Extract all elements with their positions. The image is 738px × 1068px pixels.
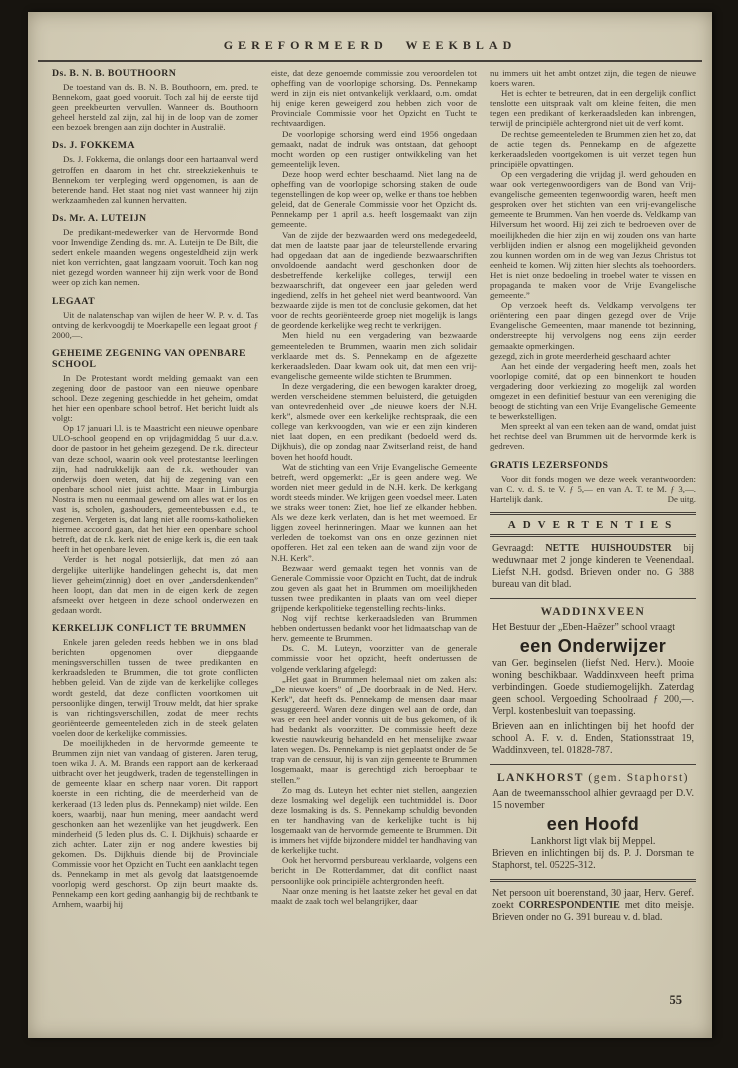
ad-text: Aan de tweemansschool alhier gevraagd pe… xyxy=(492,788,694,811)
ad-line: van Ger. beginselen (liefst Ned. Herv.).… xyxy=(492,658,694,718)
paragraph: Uit de nalatenschap van wijlen de heer W… xyxy=(52,310,258,340)
page-title: GEREFORMEERD WEEKBLAD xyxy=(28,12,712,53)
ad-line: een Onderwijzer xyxy=(492,640,694,652)
ad-line: Brieven aan en inlichtingen bij het hoof… xyxy=(492,721,694,757)
paragraph: Naar onze mening is het laatste zeker he… xyxy=(271,886,477,906)
paragraph: „Het gaat in Brummen helemaal niet om za… xyxy=(271,674,477,785)
section-heading: LEGAAT xyxy=(52,296,258,307)
paragraph: De moeilijkheden in de hervormde gemeent… xyxy=(52,738,258,910)
section-heading: Ds. Mr. A. LUTEIJN xyxy=(52,213,258,224)
ad-text: van Ger. beginselen (liefst Ned. Herv.).… xyxy=(492,658,694,717)
ad-emphasis-text: CORRESPONDENTIE xyxy=(519,900,620,911)
ad-line: een Hoofd xyxy=(492,818,694,830)
advertisements-list: Gevraagd: NETTE HUISHOUDSTER bij weduwna… xyxy=(490,537,696,931)
paragraph: Op 17 januari l.l. is te Maastricht een … xyxy=(52,423,258,554)
advertisements-section: ADVERTENTIES Gevraagd: NETTE HUISHOUDSTE… xyxy=(490,512,696,931)
magazine-page: GEREFORMEERD WEEKBLAD Ds. B. N. B. BOUTH… xyxy=(28,12,712,1038)
ad-line: Gevraagd: NETTE HUISHOUDSTER bij weduwna… xyxy=(492,543,694,591)
paragraph: Het is echter te betreuren, dat in een d… xyxy=(490,88,696,128)
section-heading: Ds. B. N. B. BOUTHOORN xyxy=(52,68,258,79)
advertisement: Net persoon uit boerenstand, 30 jaar, He… xyxy=(490,879,696,931)
column-right: nu immers uit het ambt ontzet zijn, die … xyxy=(490,68,696,1020)
paragraph: Enkele jaren geleden reeds hebben we in … xyxy=(52,637,258,738)
ad-text: Brieven aan en inlichtingen bij het hoof… xyxy=(492,721,694,756)
ad-emphasis-text: NETTE HUISHOUDSTER xyxy=(545,543,671,554)
section-heading: Ds. J. FOKKEMA xyxy=(52,140,258,151)
section-heading: GRATIS LEZERSFONDS xyxy=(490,460,696,471)
paragraph: In deze vergadering, die een bewogen kar… xyxy=(271,381,477,462)
column-left: Ds. B. N. B. BOUTHOORNDe toestand van ds… xyxy=(52,68,258,1020)
paragraph: Voor dit fonds mogen we deze week verant… xyxy=(490,474,696,504)
paragraph: Wat de stichting van een Vrije Evangelis… xyxy=(271,462,477,563)
ad-text: Het Bestuur der „Eben-Haëzer” school vra… xyxy=(492,622,675,633)
paragraph: Zo mag ds. Luteyn het echter niet stelle… xyxy=(271,785,477,856)
advertisements-banner: ADVERTENTIES xyxy=(490,512,696,537)
advertisement: Gevraagd: NETTE HUISHOUDSTER bij weduwna… xyxy=(490,537,696,598)
paragraph: Op verzoek heeft ds. Veldkamp vervolgens… xyxy=(490,300,696,350)
ad-line: Net persoon uit boerenstand, 30 jaar, He… xyxy=(492,888,694,924)
paragraph: De predikant-medewerker van de Hervormde… xyxy=(52,227,258,288)
paragraph: eiste, dat deze genoemde commissie zou v… xyxy=(271,68,477,129)
ad-line: Aan de tweemansschool alhier gevraagd pe… xyxy=(492,788,694,812)
advertisement: WADDINXVEENHet Bestuur der „Eben-Haëzer”… xyxy=(490,598,696,764)
column-right-text: nu immers uit het ambt ontzet zijn, die … xyxy=(490,68,696,504)
masthead-rule xyxy=(38,60,702,62)
section-heading: GEHEIME ZEGENING VAN OPENBARE SCHOOL xyxy=(52,348,258,370)
ad-line: Het Bestuur der „Eben-Haëzer” school vra… xyxy=(492,622,694,634)
paragraph: In De Protestant wordt melding gemaakt v… xyxy=(52,373,258,423)
ad-text: (gem. Staphorst) xyxy=(584,772,689,784)
paragraph: Men spreekt al van een teken aan de wand… xyxy=(490,421,696,451)
ad-line: LANKHORST (gem. Staphorst) xyxy=(492,772,694,784)
ad-text: een Onderwijzer xyxy=(520,636,667,656)
ad-line: Brieven en inlichtingen bij ds. P. J. Do… xyxy=(492,848,694,872)
ad-text: Brieven en inlichtingen bij ds. P. J. Do… xyxy=(492,848,694,871)
paragraph: gezegd, zich in grote meerderheid gescha… xyxy=(490,351,696,361)
paragraph: De voorlopige schorsing werd eind 1956 o… xyxy=(271,129,477,169)
paragraph: Op een vergadering die vrijdag jl. werd … xyxy=(490,169,696,300)
section-heading: KERKELIJK CONFLICT TE BRUMMEN xyxy=(52,623,258,634)
signature: De uitg. xyxy=(657,494,696,504)
ad-text: Lankhorst ligt vlak bij Meppel. xyxy=(531,836,656,847)
ad-text: een Hoofd xyxy=(547,814,640,834)
ad-line: WADDINXVEEN xyxy=(492,606,694,618)
paragraph: Ds. J. Fokkema, die onlangs door een har… xyxy=(52,154,258,204)
paragraph: Men hield nu een vergadering van bezwaar… xyxy=(271,330,477,380)
ad-emphasis-text: WADDINXVEEN xyxy=(541,606,646,618)
article-columns: Ds. B. N. B. BOUTHOORNDe toestand van ds… xyxy=(52,68,696,1024)
ad-emphasis-text: LANKHORST xyxy=(497,772,584,784)
ad-line: Lankhorst ligt vlak bij Meppel. xyxy=(492,836,694,848)
paragraph: Bezwaar werd gemaakt tegen het vonnis va… xyxy=(271,563,477,613)
paragraph: Aan het einde der vergadering heeft men,… xyxy=(490,361,696,422)
paragraph: Nog vijf rechtse kerkeraadsleden van Bru… xyxy=(271,613,477,643)
page-number: 55 xyxy=(670,993,683,1008)
paragraph: Ook het hervormd persbureau verklaarde, … xyxy=(271,855,477,885)
paragraph: De rechtse gemeenteleden te Brummen zien… xyxy=(490,129,696,169)
advertisement: LANKHORST (gem. Staphorst)Aan de tweeman… xyxy=(490,764,696,879)
column-middle: eiste, dat deze genoemde commissie zou v… xyxy=(271,68,477,1020)
paragraph: Verder is het nogal potsierlijk, dat men… xyxy=(52,554,258,615)
paragraph: Ds. C. M. Luteyn, voorzitter van de gene… xyxy=(271,643,477,673)
paragraph: nu immers uit het ambt ontzet zijn, die … xyxy=(490,68,696,88)
paragraph: De toestand van ds. B. N. B. Bouthoorn, … xyxy=(52,82,258,132)
paragraph: Deze hoop werd echter beschaamd. Niet la… xyxy=(271,169,477,230)
ad-text: Gevraagd: xyxy=(492,543,545,554)
paragraph: Van de zijde der bezwaarden werd ons med… xyxy=(271,230,477,331)
